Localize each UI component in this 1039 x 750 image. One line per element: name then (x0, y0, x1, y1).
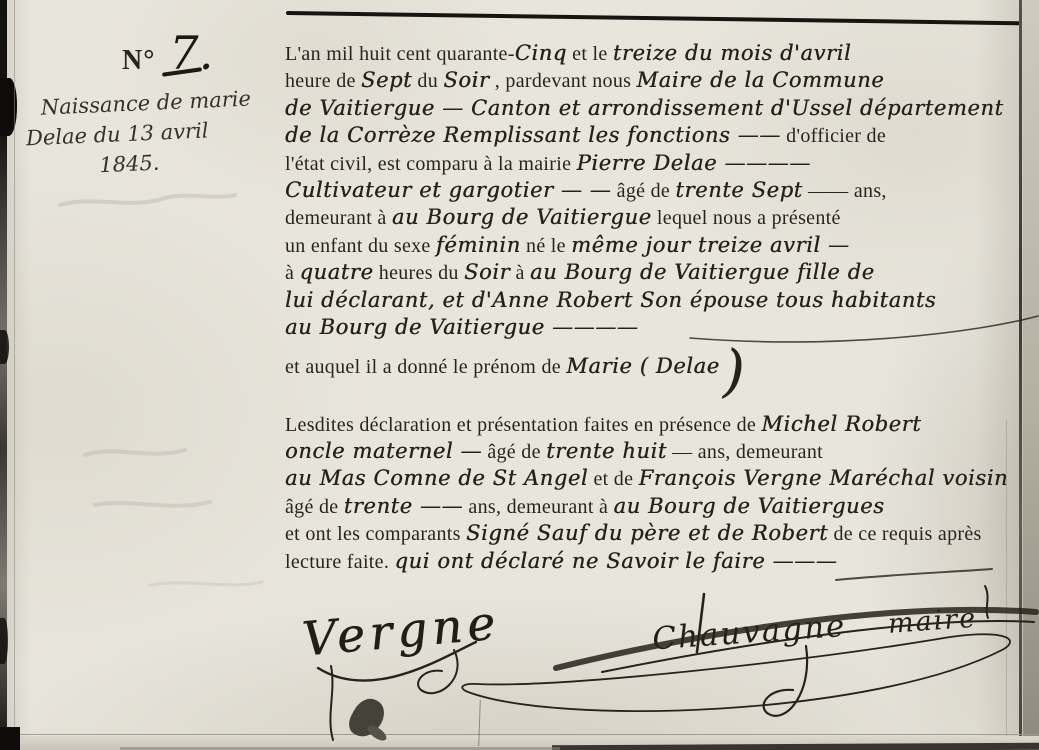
handwritten-text: ) (723, 339, 745, 404)
handwritten-text: trente Sept (675, 178, 802, 202)
binding-ink-blob (0, 618, 8, 664)
printed-text: de ce requis après (828, 523, 981, 545)
handwritten-text: de la Corrèze Remplissant les fonctions … (285, 123, 781, 147)
body-line: oncle maternel — âgé de trente huit — an… (285, 438, 1025, 465)
right-page-edge-shadow (1023, 0, 1039, 750)
handwritten-text: trente huit (546, 439, 667, 463)
handwritten-text: Sept (361, 68, 412, 92)
printed-text: né le (521, 235, 571, 257)
act-number-prefix: N° (122, 45, 155, 76)
handwritten-text: Michel Robert (761, 412, 921, 436)
handwritten-text: trente —— (344, 494, 463, 518)
printed-text: et le (567, 43, 613, 65)
printed-text: d'officier de (781, 125, 886, 147)
body-line: lui déclarant, et d'Anne Robert Son épou… (285, 287, 1025, 314)
printed-text: lequel nous a présenté (652, 207, 841, 229)
handwritten-text: qui ont déclaré ne Savoir le faire ——— (394, 549, 837, 573)
printed-text: âgé de (482, 441, 546, 463)
printed-text: à (285, 262, 299, 284)
binding-ink-blob (0, 330, 9, 364)
body-line: de la Corrèze Remplissant les fonctions … (285, 122, 1025, 149)
bottom-left-black-corner (0, 727, 20, 750)
body-line: l'état civil, est comparu à la mairie Pi… (285, 150, 1025, 177)
handwritten-text: Pierre Delae ———— (577, 151, 811, 175)
body-line: Lesdites déclaration et présentation fai… (285, 411, 1025, 438)
scanned-birth-record-page: N° 7. Naissance de marie Delae du 13 avr… (0, 0, 1039, 750)
printed-text: âgé de (611, 180, 675, 202)
printed-text: — ans, demeurant (667, 441, 823, 463)
left-crease-line (14, 0, 15, 750)
printed-text: l'état civil, est comparu à la mairie (285, 153, 577, 175)
handwritten-text: Signé Sauf du père et de Robert (466, 521, 828, 545)
handwritten-text: lui déclarant, et d'Anne Robert Son épou… (285, 288, 936, 312)
printed-text: —— ans, (803, 180, 887, 202)
body-lines: L'an mil huit cent quarante-Cinq et le t… (285, 40, 1025, 575)
body-line: demeurant à au Bourg de Vaitiergue leque… (285, 204, 1025, 231)
printed-text: , pardevant nous (490, 70, 637, 92)
bottom-fold-line (0, 734, 1039, 735)
printed-text: demeurant à (285, 207, 392, 229)
body-line: et auquel il a donné le prénom de Marie … (285, 353, 1025, 380)
handwritten-text: Soir (443, 68, 489, 92)
handwritten-text: au Bourg de Vaitiergues (613, 494, 884, 518)
margin-block: N° 7. Naissance de marie Delae du 13 avr… (20, 26, 278, 178)
body-line: au Bourg de Vaitiergue ———— (285, 314, 1025, 341)
body-line: au Mas Comne de St Angel et de François … (285, 465, 1025, 492)
handwritten-text: au Mas Comne de St Angel (285, 466, 588, 490)
printed-text: à (510, 262, 530, 284)
handwritten-text: Marie ( Delae (566, 354, 719, 378)
handwritten-text: François Vergne Maréchal voisin (639, 466, 1009, 490)
handwritten-text: Cinq (515, 41, 567, 65)
printed-text: heures du (373, 262, 464, 284)
body-line: Cultivateur et gargotier — — âgé de tren… (285, 177, 1025, 204)
printed-text: et auquel il a donné le prénom de (285, 356, 566, 378)
body-line: heure de Sept du Soir , pardevant nous M… (285, 67, 1025, 94)
handwritten-text: quatre (299, 260, 373, 284)
body-line: à quatre heures du Soir à au Bourg de Va… (285, 259, 1025, 286)
printed-text: Lesdites déclaration et présentation fai… (285, 414, 761, 436)
body-line: lecture faite. qui ont déclaré ne Savoir… (285, 548, 1025, 575)
act-number-line: N° 7. (122, 26, 278, 80)
printed-text: un enfant du sexe (285, 235, 436, 257)
handwritten-text: au Bourg de Vaitiergue (392, 205, 652, 229)
printed-text: ans, demeurant à (463, 496, 613, 518)
handwritten-text: de Vaitiergue — Canton et arrondissement… (285, 96, 1004, 120)
handwritten-text: Soir (464, 260, 510, 284)
printed-text: âgé de (285, 496, 344, 518)
body-line: et ont les comparants Signé Sauf du père… (285, 520, 1025, 547)
handwritten-text: oncle maternel — (285, 439, 482, 463)
handwritten-text: au Bourg de Vaitiergue ———— (285, 315, 638, 339)
printed-text: lecture faite. (285, 551, 394, 573)
handwritten-text: féminin (436, 233, 521, 257)
signature-mayor-title: maire (887, 603, 978, 640)
printed-text: et de (588, 468, 638, 490)
margin-note-line: 1845. (99, 142, 280, 180)
handwritten-text: Cultivateur et gargotier — — (285, 178, 611, 202)
body-line: de Vaitiergue — Canton et arrondissement… (285, 95, 1025, 122)
margin-note: Naissance de marie Delae du 13 avril 184… (18, 82, 280, 183)
printed-text: heure de (285, 70, 361, 92)
printed-text: L'an mil huit cent quarante- (285, 43, 515, 65)
printed-text: et ont les comparants (285, 523, 466, 545)
handwritten-text: même jour treize avril — (571, 233, 849, 257)
handwritten-text: treize du mois d'avril (613, 41, 851, 65)
body-line: L'an mil huit cent quarante-Cinq et le t… (285, 40, 1025, 67)
body-line: âgé de trente —— ans, demeurant à au Bou… (285, 493, 1025, 520)
handwritten-text: Maire de la Commune (637, 68, 885, 92)
printed-text: du (412, 70, 443, 92)
body-line: un enfant du sexe féminin né le même jou… (285, 232, 1025, 259)
handwritten-text: au Bourg de Vaitiergue fille de (530, 260, 875, 284)
